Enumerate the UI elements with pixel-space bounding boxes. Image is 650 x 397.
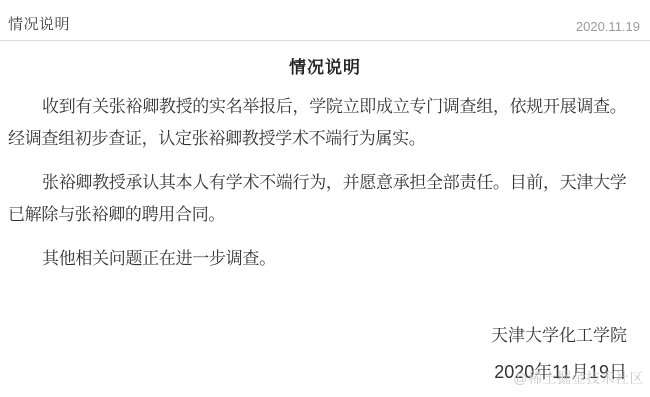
header-title: 情况说明 [8,13,70,34]
signature-organization: 天津大学化工学院 [8,320,627,352]
paragraph-further-investigation: 其他相关问题正在进一步调查。 [8,243,642,275]
paragraph-investigation: 收到有关张裕卿教授的实名举报后，学院立即成立专门调查组，依规开展调查。经调查组初… [8,91,642,155]
document-body: 情况说明 收到有关张裕卿教授的实名举报后，学院立即成立专门调查组，依规开展调查。… [0,52,650,388]
watermark-text: @稀土掘金技术社区 [513,368,644,388]
document-title: 情况说明 [8,52,642,84]
page-header: 情况说明 2020.11.19 [0,0,650,41]
announcement-page: 情况说明 2020.11.19 情况说明 收到有关张裕卿教授的实名举报后，学院立… [0,0,650,397]
paragraph-admission: 张裕卿教授承认其本人有学术不端行为，并愿意承担全部责任。目前，天津大学已解除与张… [8,167,642,231]
header-date: 2020.11.19 [576,19,640,34]
